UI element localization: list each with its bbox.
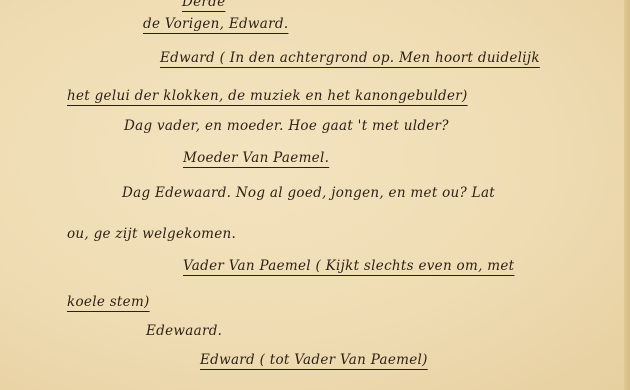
speaker-name: Moeder Van Paemel. <box>183 150 329 166</box>
dialogue-line: Dag vader, en moeder. Hoe gaat 't met ul… <box>124 118 449 134</box>
page-edge <box>624 0 630 390</box>
dialogue-line: Edewaard. <box>146 323 222 339</box>
stage-direction-line: Edward ( In den achtergrond op. Men hoor… <box>160 50 540 66</box>
scene-heading: Derde <box>182 0 225 10</box>
stage-direction-line: het gelui der klokken, de muziek en het … <box>67 88 468 104</box>
speaker-name: Edward ( tot Vader Van Paemel) <box>200 352 428 368</box>
stage-direction-line: koele stem) <box>67 294 150 310</box>
dialogue-line: Dag Edewaard. Nog al goed, jongen, en me… <box>122 185 495 201</box>
characters-on-stage: de Vorigen, Edward. <box>143 16 288 32</box>
dialogue-line: ou, ge zijt welgekomen. <box>67 226 236 242</box>
speaker-name: Vader Van Paemel ( Kijkt slechts even om… <box>183 258 514 274</box>
